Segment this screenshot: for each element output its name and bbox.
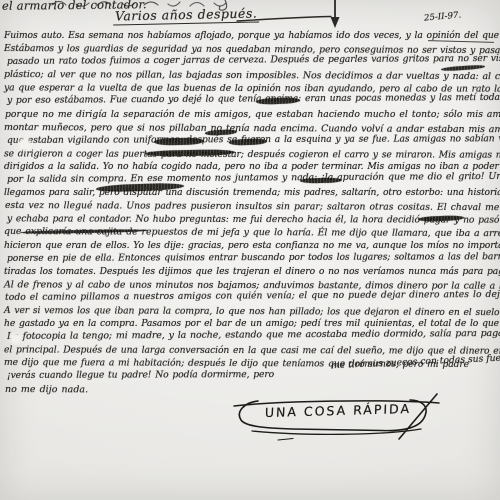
date-annotation: 25-II-97. xyxy=(424,10,462,23)
handwritten-line: tiradas los tomates. Después les dijimos… xyxy=(4,265,498,278)
hole-punch-mark xyxy=(10,333,21,344)
scanned-letter-page: el armario del contador. Varios años des… xyxy=(0,0,500,500)
handwritten-line: ¡verás cuando llegue tu padre! No podía … xyxy=(7,368,498,383)
handwritten-line: pasado un rato todos fuimos a coger jarr… xyxy=(7,52,498,68)
handwritten-line: porque no me dirigía la separación de mi… xyxy=(5,108,498,121)
down-arrow xyxy=(230,0,348,30)
handwritten-line: por la salida sin compra. En ese momento… xyxy=(7,170,498,186)
handwritten-line: y por eso estábamos. Fue cuando yo dejé … xyxy=(7,91,498,107)
handwritten-line: ponerse en pie de ella. Entonces quisimo… xyxy=(7,250,498,265)
handwritten-line: La fotocopia la tengo; mi madre, y la no… xyxy=(7,327,498,343)
letter-body: Fuimos auto. Esa semana nos habíamos afl… xyxy=(4,29,498,396)
handwritten-line: llegamos para salir, pero disputar una d… xyxy=(4,186,498,199)
circled-note: UNA COSA RÁPIDA xyxy=(232,390,442,446)
hole-punch-mark xyxy=(18,138,31,151)
handwritten-line: todo el camino pillamos a nuestros amigo… xyxy=(5,288,498,304)
handwritten-line: Fuimos auto. Esa semana nos habíamos afl… xyxy=(4,29,498,42)
